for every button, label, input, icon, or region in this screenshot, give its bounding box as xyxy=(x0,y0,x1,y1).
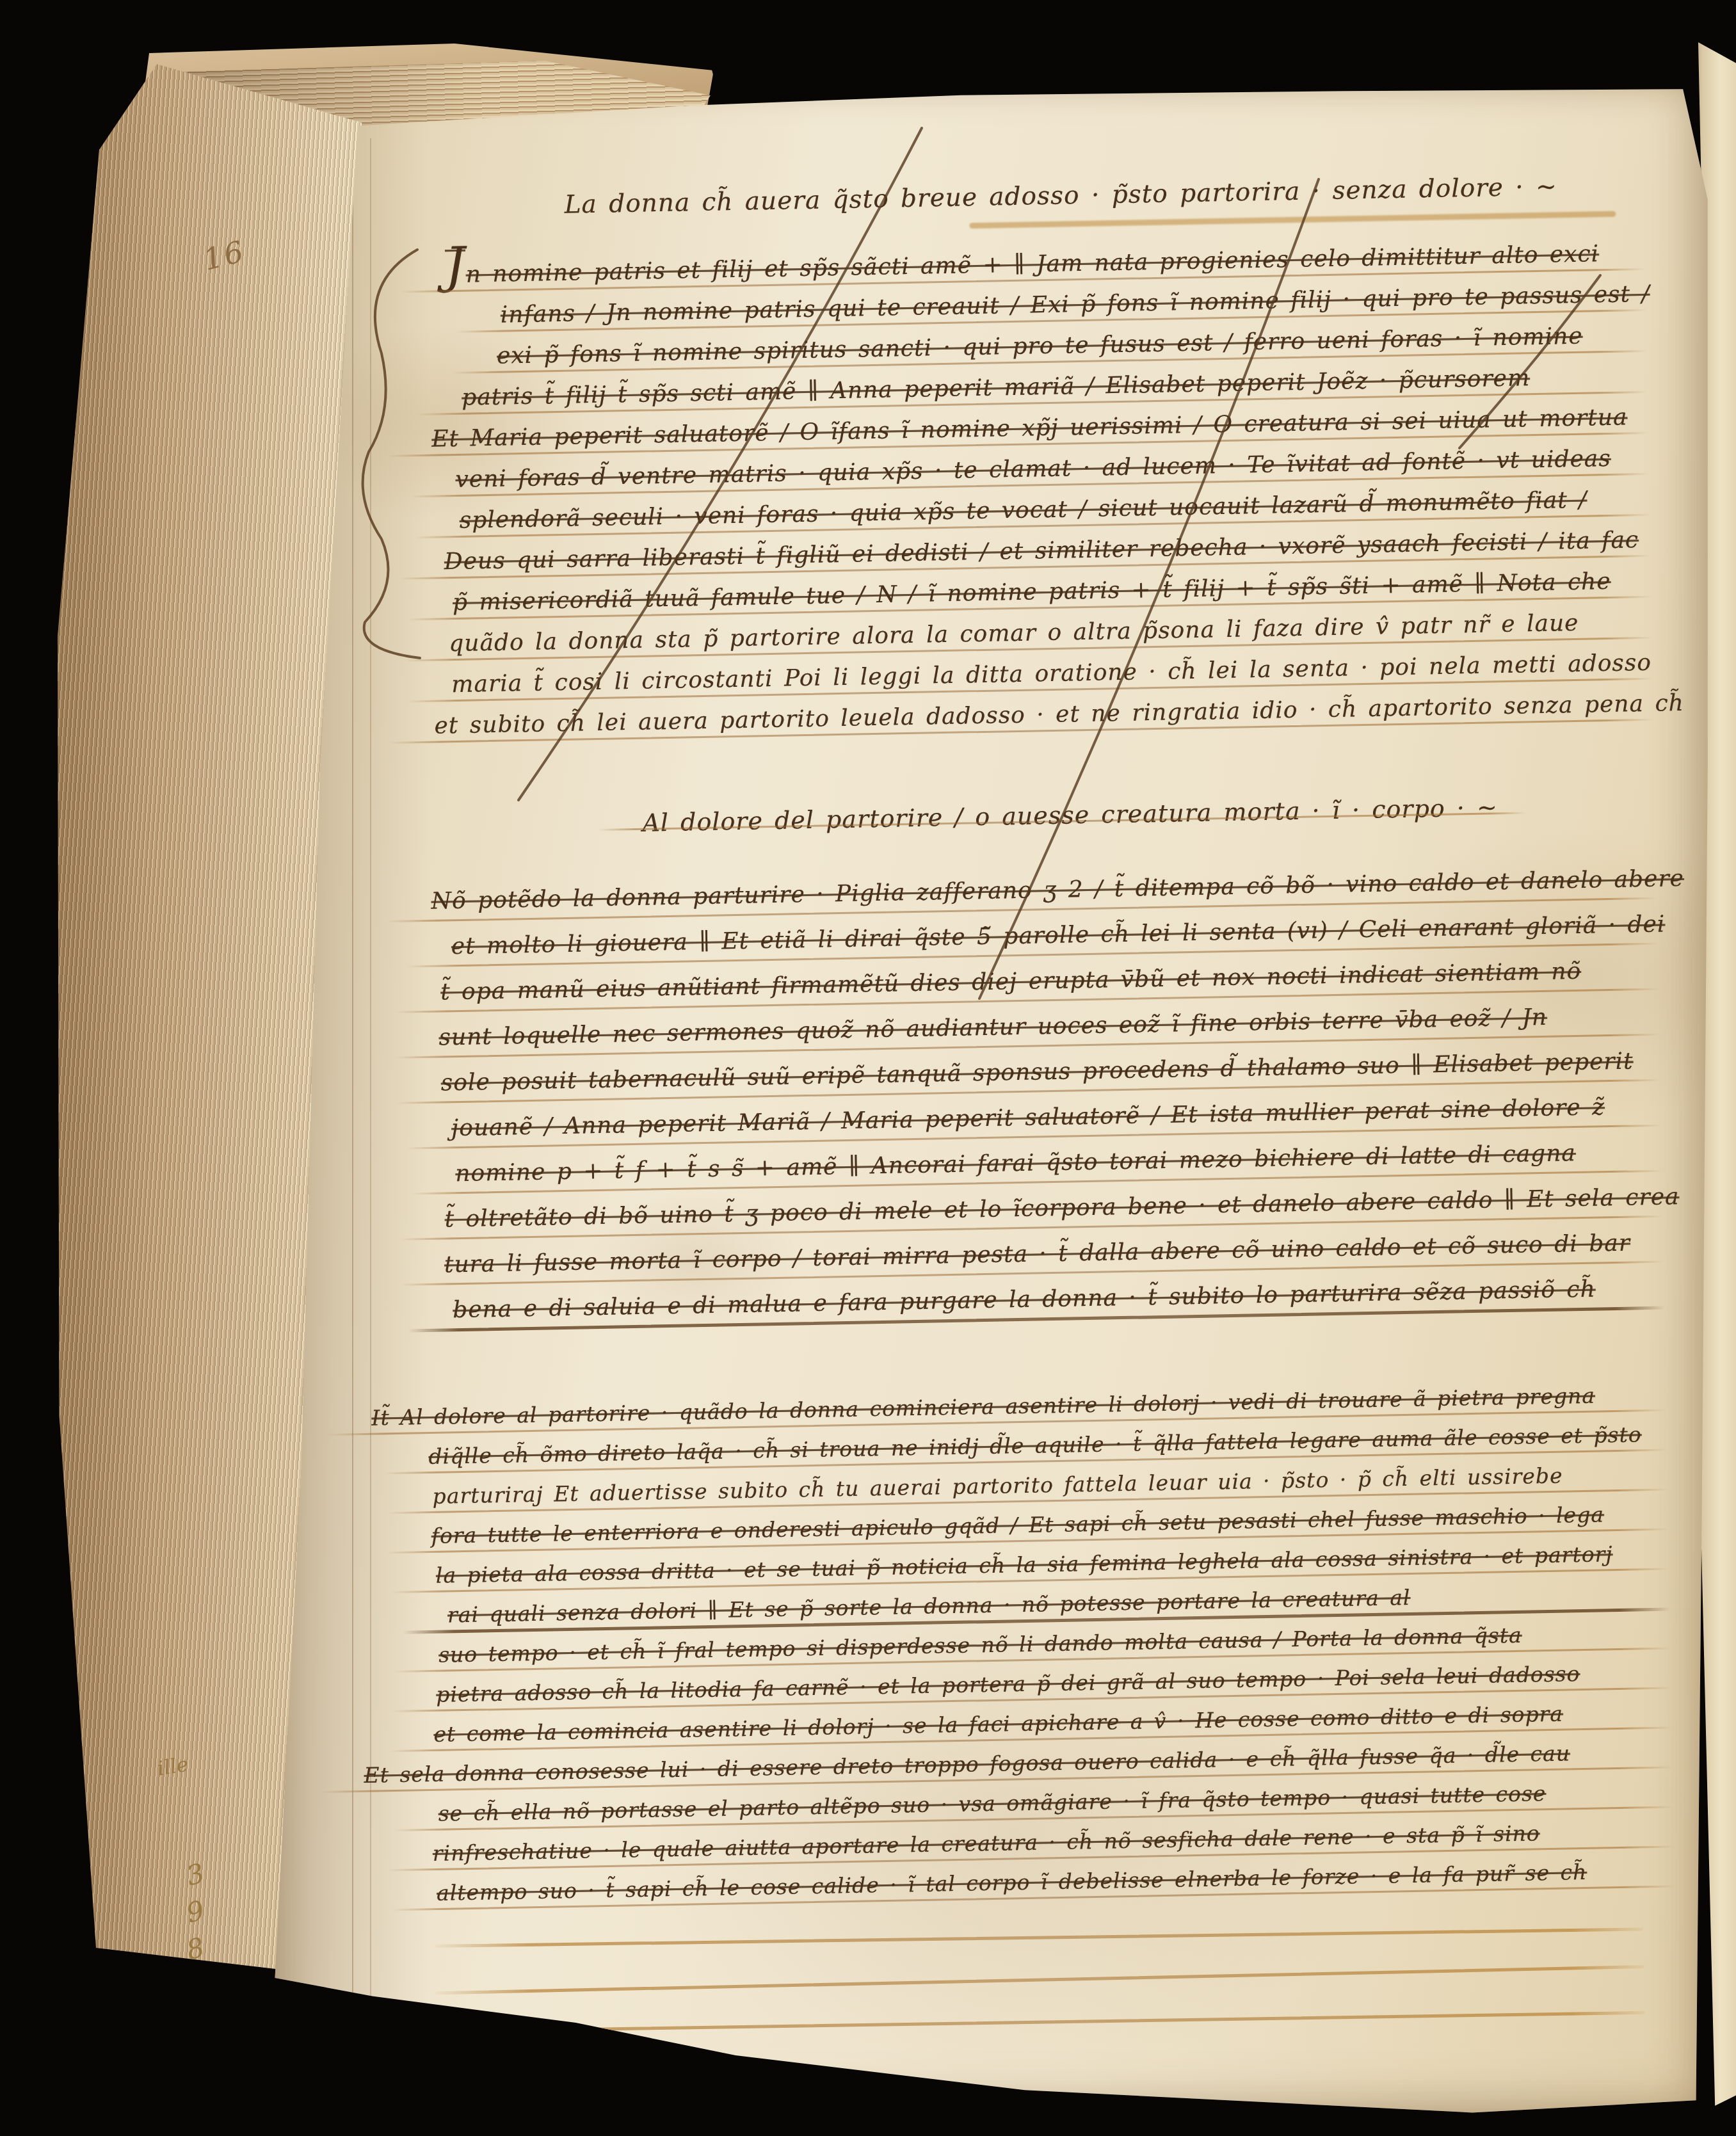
section-heading: Al dolore del partorire / o auesse creat… xyxy=(642,793,1498,837)
blank-ruled-line xyxy=(436,2011,1645,2034)
manuscript-page: La donna ch̃ auera q̃sto breue adosso · … xyxy=(256,77,1709,2119)
section-remedy-saffron: Nõ potẽdo la donna parturire · Piglia za… xyxy=(431,867,1636,1343)
blank-ruled-line xyxy=(435,1965,1644,1995)
edge-numbers: 398 xyxy=(187,1856,204,1968)
manuscript-text-block: La donna ch̃ auera q̃sto breue adosso · … xyxy=(416,55,1650,2119)
section-remedy-eagle-stone: It̃ Al dolore al partorire · quãdo la do… xyxy=(440,1382,1646,1920)
paragraph-brace xyxy=(363,250,420,658)
photo-background: La donna ch̃ auera q̃sto breue adosso · … xyxy=(0,0,1736,2136)
title-line: La donna ch̃ auera q̃sto breue adosso · … xyxy=(564,172,1557,219)
blank-ruled-line xyxy=(434,1927,1643,1947)
ochre-ruling-smear xyxy=(970,211,1616,229)
edge-word: ille xyxy=(156,1753,189,1780)
section-charm-in-nomine: Jn nomine patris et filij et sp̃s sãcti … xyxy=(419,241,1625,754)
